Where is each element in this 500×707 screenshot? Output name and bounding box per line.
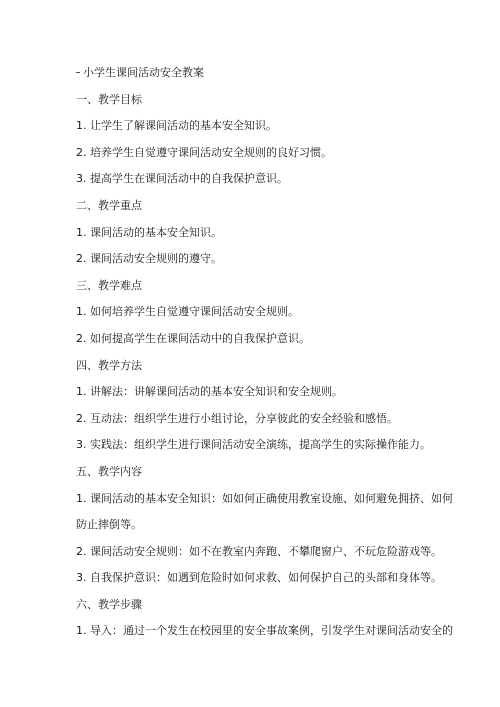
section-heading: 三、教学难点	[76, 279, 436, 292]
list-item: 3. 自我保护意识：如遇到危险时如何求救、如何保护自己的头部和身体等。	[76, 571, 436, 584]
document-body: 小学生课间活动安全教案 一、教学目标 1. 让学生了解课间活动的基本安全知识。 …	[76, 66, 436, 651]
list-item-continuation: 防止摔倒等。	[76, 518, 436, 531]
list-item: 2. 互动法：组织学生进行小组讨论，分享彼此的安全经验和感悟。	[76, 412, 436, 425]
list-item: 1. 如何培养学生自觉遵守课间活动安全规则。	[76, 305, 436, 318]
title-marker	[76, 72, 80, 73]
list-item: 3. 提高学生在课间活动中的自我保护意识。	[76, 172, 436, 185]
document-title: 小学生课间活动安全教案	[83, 66, 204, 79]
list-item: 1. 课间活动的基本安全知识：如如何正确使用教室设施、如何避免拥挤、如何	[76, 492, 436, 505]
list-item: 1. 讲解法：讲解课间活动的基本安全知识和安全规则。	[76, 385, 436, 398]
list-item: 1. 课间活动的基本安全知识。	[76, 226, 436, 239]
list-item: 2. 培养学生自觉遵守课间活动安全规则的良好习惯。	[76, 146, 436, 159]
section-heading: 六、教学步骤	[76, 598, 436, 611]
section-heading: 四、教学方法	[76, 359, 436, 372]
section-heading: 一、教学目标	[76, 93, 436, 106]
list-item: 2. 课间活动安全规则：如不在教室内奔跑、不攀爬窗户、不玩危险游戏等。	[76, 545, 436, 558]
list-item: 2. 课间活动安全规则的遵守。	[76, 252, 436, 265]
section-heading: 五、教学内容	[76, 465, 436, 478]
list-item: 1. 导入：通过一个发生在校园里的安全事故案例，引发学生对课间活动安全的	[76, 624, 436, 637]
document-title-line: 小学生课间活动安全教案	[76, 66, 436, 79]
list-item: 1. 让学生了解课间活动的基本安全知识。	[76, 119, 436, 132]
list-item: 2. 如何提高学生在课间活动中的自我保护意识。	[76, 332, 436, 345]
section-heading: 二、教学重点	[76, 199, 436, 212]
document-page: 小学生课间活动安全教案 一、教学目标 1. 让学生了解课间活动的基本安全知识。 …	[0, 0, 500, 707]
list-item: 3. 实践法：组织学生进行课间活动安全演练，提高学生的实际操作能力。	[76, 438, 436, 451]
